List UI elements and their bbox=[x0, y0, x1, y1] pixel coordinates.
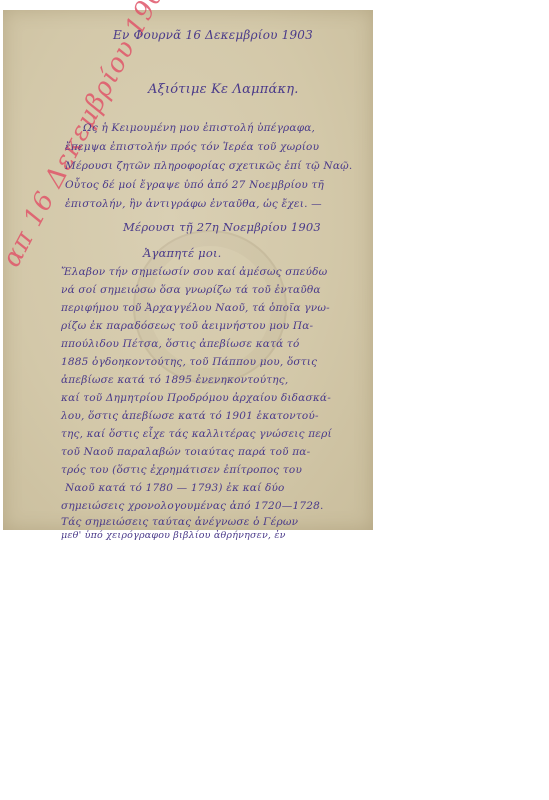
paragraph2-line: της, καί ὅστις εἶχε τάς καλλιτέρας γνώσε… bbox=[61, 428, 332, 440]
paragraph2-line: Τάς σημειώσεις ταύτας ἀνέγνωσε ὁ Γέρων bbox=[61, 516, 298, 528]
paragraph1-line: Οὗτος δέ μοί ἔγραψε ὑπό ἀπό 27 Νοεμβρίου… bbox=[65, 179, 324, 191]
letter-page: απ 16 Δεκεμβρίου 1904 Εν Φουρνᾶ 16 Δεκεμ… bbox=[3, 10, 373, 530]
paragraph2-line: σημειώσεις χρονολογουμένας ἀπό 1720—1728… bbox=[61, 500, 324, 512]
inner-salutation: Ἀγαπητέ μοι. bbox=[143, 246, 222, 260]
paragraph2-line: καί τοῦ Δημητρίου Προδρόμου ἀρχαίου διδα… bbox=[61, 392, 331, 404]
paragraph1-line: Μέρουσι ζητῶν πληροφορίας σχετικῶς ἐπί τ… bbox=[65, 160, 352, 172]
paragraph2-line: ἀπεβίωσε κατά τό 1895 ἐνενηκοντούτης, bbox=[61, 374, 288, 386]
paragraph2-line: λου, ὅστις ἀπεβίωσε κατά τό 1901 ἑκατοντ… bbox=[61, 410, 319, 422]
paragraph1-line: Ως ἡ Κειμουμένη μου ἐπιστολή ὑπέγραφα, bbox=[83, 122, 315, 134]
paragraph1-line: ἔπεμψα ἐπιστολήν πρός τόν Ἱερέα τοῦ χωρί… bbox=[65, 141, 319, 153]
paragraph2-line: ππούλιδου Πέτσα, ὅστις ἀπεβίωσε κατά τό bbox=[61, 338, 299, 350]
paragraph2-line: τρός του (ὅστις ἐχρημάτισεν ἐπίτροπος το… bbox=[61, 464, 302, 476]
paragraph2-line: Ἔλαβον τήν σημείωσίν σου καί ἀμέσως σπεύ… bbox=[61, 266, 327, 278]
paragraph2-line: ρίζω ἐκ παραδόσεως τοῦ ἀειμνήστου μου Πα… bbox=[61, 320, 313, 332]
paragraph1-line: ἐπιστολήν, ἣν ἀντιγράφω ἐνταῦθα, ὡς ἔχει… bbox=[65, 198, 322, 210]
inner-dateline: Μέρουσι τῇ 27η Νοεμβρίου 1903 bbox=[123, 220, 321, 234]
paragraph2-line: περιφήμου τοῦ Ἀρχαγγέλου Ναοῦ, τά ὁποῖα … bbox=[61, 302, 330, 314]
paragraph2-line: 1885 ὀγδοηκοντούτης, τοῦ Πάππου μου, ὅστ… bbox=[61, 356, 317, 368]
paragraph2-line: νά σοί σημειώσω ὅσα γνωρίζω τά τοῦ ἐνταῦ… bbox=[61, 284, 321, 296]
paragraph2-line: μεθ' ὑπό χειρόγραφου βιβλίου ἀθρήνησεν, … bbox=[61, 530, 286, 541]
paragraph2-line: τοῦ Ναοῦ παραλαβών τοιαύτας παρά τοῦ πα- bbox=[61, 446, 310, 458]
paragraph2-line: Ναοῦ κατά τό 1780 — 1793) ἐκ καί δύο bbox=[65, 482, 285, 494]
dateline: Εν Φουρνᾶ 16 Δεκεμβρίου 1903 bbox=[113, 28, 313, 42]
salutation: Αξιότιμε Κε Λαμπάκη. bbox=[148, 82, 299, 97]
